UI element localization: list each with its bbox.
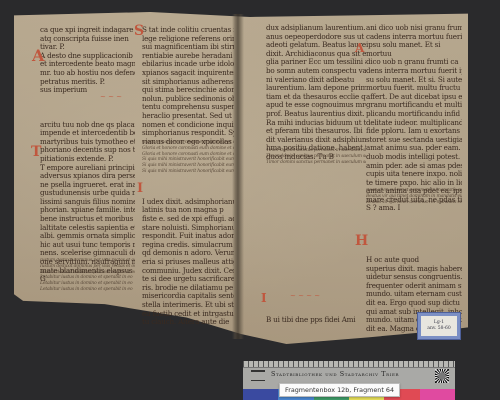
color-swatch xyxy=(420,389,455,400)
gloss-line: Beatus vir qui timet dominum in mandatis… xyxy=(366,200,462,206)
shelfmark-label: Lg-1 anv. 58-60 xyxy=(418,313,460,339)
initial-h: H xyxy=(355,234,368,248)
initial-s: S xyxy=(134,24,144,38)
gloss-block-4: Beatus vir qui timet dominum in mandatis… xyxy=(366,188,462,236)
gloss-line: Si quis mihi ministraverit honorificabit… xyxy=(142,169,234,175)
rubric-mark: ~ ~ ~ ~ xyxy=(290,292,320,300)
gloss-block-3: Timor domini sanctus permanet in saeculu… xyxy=(266,148,366,288)
initial-i-lower: I xyxy=(261,292,267,304)
initial-t: T xyxy=(31,145,41,159)
color-swatch xyxy=(243,389,278,400)
siemens-star-icon xyxy=(435,369,449,383)
text-column-2: S tat inde colitiu cruentas fierilege re… xyxy=(142,26,234,346)
gloss-block-2: Gloria et honore coronasti eum domine et… xyxy=(142,140,234,182)
gloss-line: Timor domini sanctus permanet in saeculu… xyxy=(266,160,366,166)
initial-a-right: A xyxy=(355,42,364,54)
image-caption-tooltip: Fragmentenbox 12b, Fragment 64 xyxy=(279,383,400,397)
gloss-line: Letabitur iustus in domino et sperabit i… xyxy=(40,287,135,293)
text-column-4: ani dico uob nisi granu frumticadens int… xyxy=(366,24,462,336)
text-line: tu clauch. Altera aute die xyxy=(142,318,234,327)
text-line xyxy=(366,239,462,248)
text-line xyxy=(266,299,366,308)
manuscript-viewer: ca que xpi ingreit indagareatq conscript… xyxy=(0,0,500,400)
shelfmark-line-2: anv. 58-60 xyxy=(427,326,450,332)
rubric-mark: ~ ~ ~ xyxy=(100,93,122,101)
gloss-block-1: Iustum deduxit dominus per vias rectas e… xyxy=(40,258,135,300)
institution-name: Stadtbibliothek und Stadtarchiv Trier xyxy=(271,370,399,378)
scale-ruler xyxy=(243,361,455,368)
text-line: B ui tibi dne pps fidei Ami xyxy=(266,316,366,325)
institution-logo-icon xyxy=(251,370,265,381)
initial-a: A xyxy=(32,48,44,64)
text-line xyxy=(40,103,135,112)
initial-i: I xyxy=(137,182,143,195)
